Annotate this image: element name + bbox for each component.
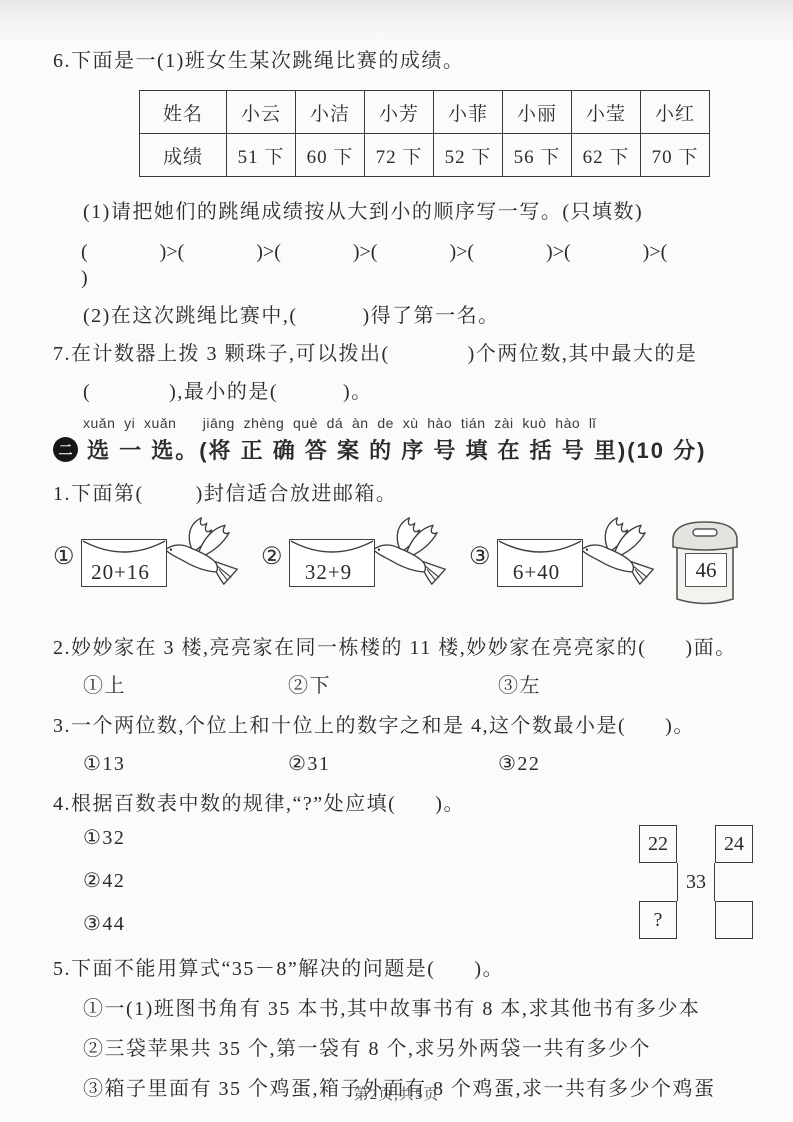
choice-4-block: 4.根据百数表中数的规律,“?”处应填( )。 ①32 ②42 ③44 22 2…: [53, 791, 743, 946]
circled-number-3: ③: [469, 545, 491, 569]
grid-cell-24: 24: [715, 825, 753, 863]
circled-number-2: ②: [261, 545, 283, 569]
letters-illustration: ① 20+16 ② 32+: [53, 515, 743, 619]
table-cell: 小莹: [572, 91, 641, 134]
dove-icon: [362, 515, 450, 587]
option-2: ②31: [288, 751, 498, 777]
envelope-expression: 20+16: [82, 560, 160, 585]
letter-option-3: ③ 6+40: [469, 515, 657, 587]
question-6-title: 6.下面是一(1)班女生某次跳绳比赛的成绩。: [53, 48, 743, 74]
table-cell: 小菲: [434, 91, 503, 134]
worksheet-page: 6.下面是一(1)班女生某次跳绳比赛的成绩。 姓名 小云 小洁 小芳 小菲 小丽…: [0, 0, 793, 1122]
mailbox: 46: [667, 517, 743, 612]
letter-option-2: ② 32+9: [261, 515, 469, 587]
letter-option-1: ① 20+16: [53, 515, 261, 587]
grid-cell-empty: [639, 863, 677, 901]
score-table-header-row: 姓名 小云 小洁 小芳 小菲 小丽 小莹 小红: [140, 91, 710, 134]
table-cell: 62 下: [572, 134, 641, 177]
choice-2-text: 2.妙妙家在 3 楼,亮亮家在同一栋楼的 11 楼,妙妙家在亮亮家的( )面。: [53, 635, 743, 661]
choice-3-text: 3.一个两位数,个位上和十位上的数字之和是 4,这个数最小是( )。: [53, 713, 743, 739]
question-6-sub2: (2)在这次跳绳比赛中,( )得了第一名。: [53, 303, 743, 329]
option-1: ①一(1)班图书角有 35 本书,其中故事书有 8 本,求其他书有多少本: [53, 996, 743, 1022]
choice-5-text: 5.下面不能用算式“35－8”解决的问题是( )。: [53, 956, 743, 982]
hundred-chart-grid: 22 24 33 ?: [639, 825, 753, 939]
grid-cell-22: 22: [639, 825, 677, 863]
grid-cell-33: 33: [677, 863, 715, 901]
mailbox-number: 46: [685, 553, 727, 587]
section-two-header: 二 选 一 选。(将 正 确 答 案 的 序 号 填 在 括 号 里)(10 分…: [53, 434, 743, 465]
table-cell: 小红: [641, 91, 710, 134]
envelope-expression: 32+9: [290, 560, 368, 585]
grid-cell-blank: [715, 901, 753, 939]
option-3: ③22: [498, 751, 540, 777]
envelope-2: 32+9: [289, 539, 375, 587]
table-cell: 70 下: [641, 134, 710, 177]
grid-cell-empty: [677, 825, 715, 863]
table-cell: 小芳: [365, 91, 434, 134]
grid-cell-question: ?: [639, 901, 677, 939]
table-cell: 72 下: [365, 134, 434, 177]
worksheet-content: 6.下面是一(1)班女生某次跳绳比赛的成绩。 姓名 小云 小洁 小芳 小菲 小丽…: [0, 0, 793, 1102]
ordering-blanks: ( )>( )>( )>( )>( )>( )>( ): [53, 239, 743, 291]
option-1: ①13: [83, 751, 288, 777]
table-cell: 小洁: [296, 91, 365, 134]
table-cell: 56 下: [503, 134, 572, 177]
grid-cell-empty: [715, 863, 753, 901]
envelope-1: 20+16: [81, 539, 167, 587]
question-6-sub1: (1)请把她们的跳绳成绩按从大到小的顺序写一写。(只填数): [53, 199, 743, 225]
envelope-3: 6+40: [497, 539, 583, 587]
option-2: ②下: [288, 673, 498, 699]
table-cell: 60 下: [296, 134, 365, 177]
option-3: ③左: [498, 673, 541, 699]
score-table: 姓名 小云 小洁 小芳 小菲 小丽 小莹 小红 成绩 51 下 60 下 72 …: [139, 90, 710, 177]
option-2: ②三袋苹果共 35 个,第一袋有 8 个,求另外两袋一共有多少个: [53, 1036, 743, 1062]
question-7-line2: ( ),最小的是( )。: [53, 379, 743, 405]
table-cell: 52 下: [434, 134, 503, 177]
table-cell: 小云: [227, 91, 296, 134]
choice-1-text: 1.下面第( )封信适合放进邮箱。: [53, 481, 743, 507]
table-cell: 小丽: [503, 91, 572, 134]
table-cell: 姓名: [140, 91, 227, 134]
envelope-expression: 6+40: [498, 560, 576, 585]
dove-icon: [154, 515, 242, 587]
score-table-score-row: 成绩 51 下 60 下 72 下 52 下 56 下 62 下 70 下: [140, 134, 710, 177]
section-pinyin: xuǎn yi xuǎn jiāng zhèng què dá àn de xù…: [83, 415, 743, 431]
option-1: ①上: [83, 673, 288, 699]
choice-4-text: 4.根据百数表中数的规律,“?”处应填( )。: [53, 791, 743, 817]
table-cell: 成绩: [140, 134, 227, 177]
page-footer: 第2页,共5页: [0, 1083, 793, 1104]
dove-icon: [570, 515, 658, 587]
section-two-title: 选 一 选。(将 正 确 答 案 的 序 号 填 在 括 号 里)(10 分): [87, 434, 706, 465]
section-two-badge: 二: [53, 437, 78, 462]
circled-number-1: ①: [53, 545, 75, 569]
choice-3-options: ①13 ②31 ③22: [53, 751, 743, 777]
grid-cell-empty: [677, 901, 715, 939]
choice-2-options: ①上 ②下 ③左: [53, 673, 743, 699]
question-7-line1: 7.在计数器上拨 3 颗珠子,可以拨出( )个两位数,其中最大的是: [53, 341, 743, 367]
table-cell: 51 下: [227, 134, 296, 177]
